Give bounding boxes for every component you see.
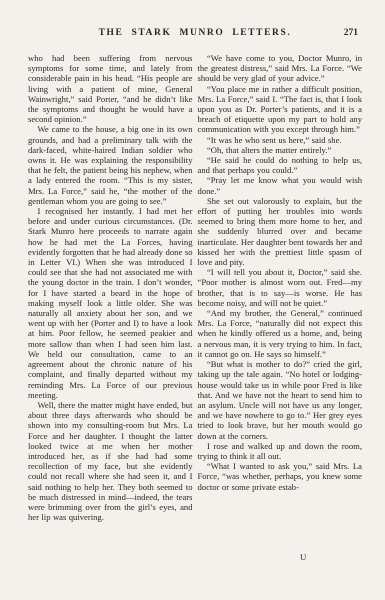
page-header-title: THE STARK MUNRO LETTERS. [28,28,362,38]
page-number: 271 [344,28,358,38]
paragraph: “Oh, that alters the matter entirely.” [198,145,363,155]
running-head: THE STARK MUNRO LETTERS. 271 [28,28,362,40]
paragraph: “And my brother, the General,” continued… [198,308,363,359]
paragraph: “But what is mother to do?” cried the gi… [198,359,363,441]
left-column: who had been suffering from nervous symp… [28,53,193,522]
signature-mark: U [300,552,306,562]
paragraph: “Pray let me know what you would wish do… [198,175,363,195]
text-columns: who had been suffering from nervous symp… [28,53,362,522]
book-page: THE STARK MUNRO LETTERS. 271 who had bee… [0,0,385,600]
paragraph: “It was he who sent us here,” said she. [198,135,363,145]
paragraph: I recognised her instantly. I had met he… [28,206,193,400]
paragraph: She set out valorously to explain, but t… [198,196,363,267]
paragraph: Well, there the matter might have ended,… [28,400,193,522]
paragraph: I rose and walked up and down the room, … [198,441,363,461]
paragraph: “We have come to you, Doctor Munro, in t… [198,53,363,84]
paragraph: who had been suffering from nervous symp… [28,53,193,124]
paragraph: “What I wanted to ask you,” said Mrs. La… [198,461,363,492]
paragraph: “He said he could do nothing to help us,… [198,155,363,175]
paragraph: “You place me in rather a difficult posi… [198,84,363,135]
right-column: “We have come to you, Doctor Munro, in t… [198,53,363,522]
paragraph: “I will tell you about it, Doctor,” said… [198,267,363,308]
paragraph: We came to the house, a big one in its o… [28,124,193,206]
